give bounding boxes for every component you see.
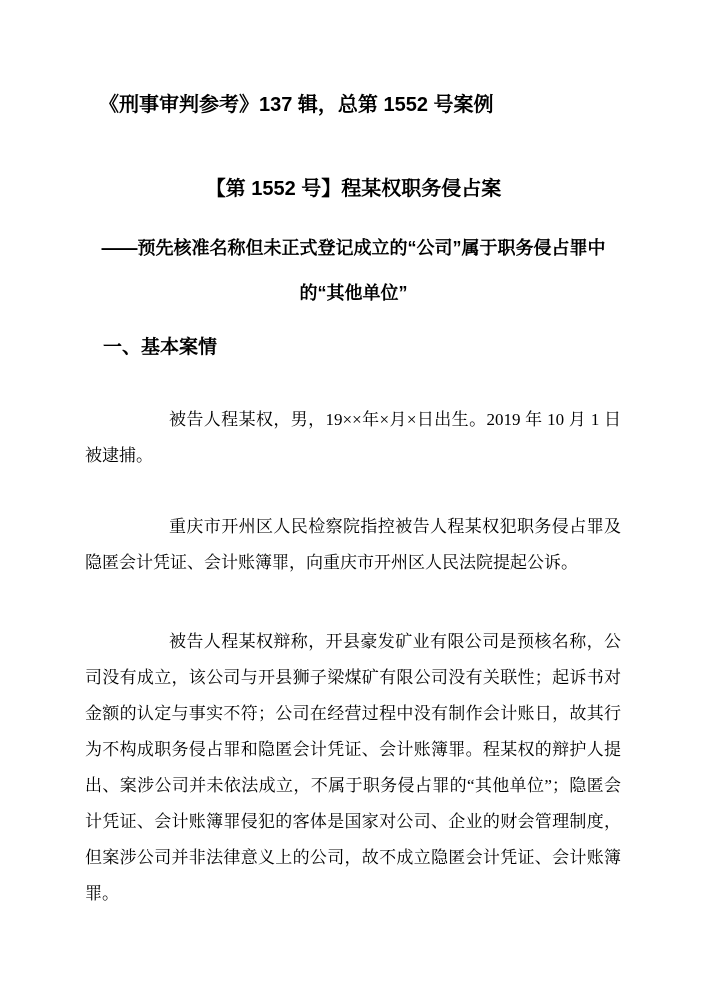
case-title: 【第 1552 号】程某权职务侵占案 — [85, 177, 622, 202]
paragraph-defense-argument: 被告人程某权辩称，开县豪发矿业有限公司是预核名称，公司没有成立，该公司与开县狮子… — [85, 624, 621, 912]
case-subtitle-line-2: 的“其他单位” — [75, 271, 632, 316]
case-subtitle-line-1: ——预先核准名称但未正式登记成立的“公司”属于职务侵占罪中 — [75, 226, 632, 271]
paragraph-defendant-info: 被告人程某权，男，19××年×月×日出生。2019 年 10 月 1 日被逮捕。 — [85, 402, 621, 474]
paragraph-prosecution: 重庆市开州区人民检察院指控被告人程某权犯职务侵占罪及隐匿会计凭证、会计账簿罪，向… — [85, 509, 621, 581]
section-heading-basic-facts: 一、基本案情 — [103, 336, 217, 359]
case-subtitle: ——预先核准名称但未正式登记成立的“公司”属于职务侵占罪中 的“其他单位” — [75, 226, 632, 316]
document-page: 《刑事审判参考》137 辑，总第 1552 号案例 【第 1552 号】程某权职… — [0, 0, 707, 999]
publication-header: 《刑事审判参考》137 辑，总第 1552 号案例 — [99, 93, 494, 118]
